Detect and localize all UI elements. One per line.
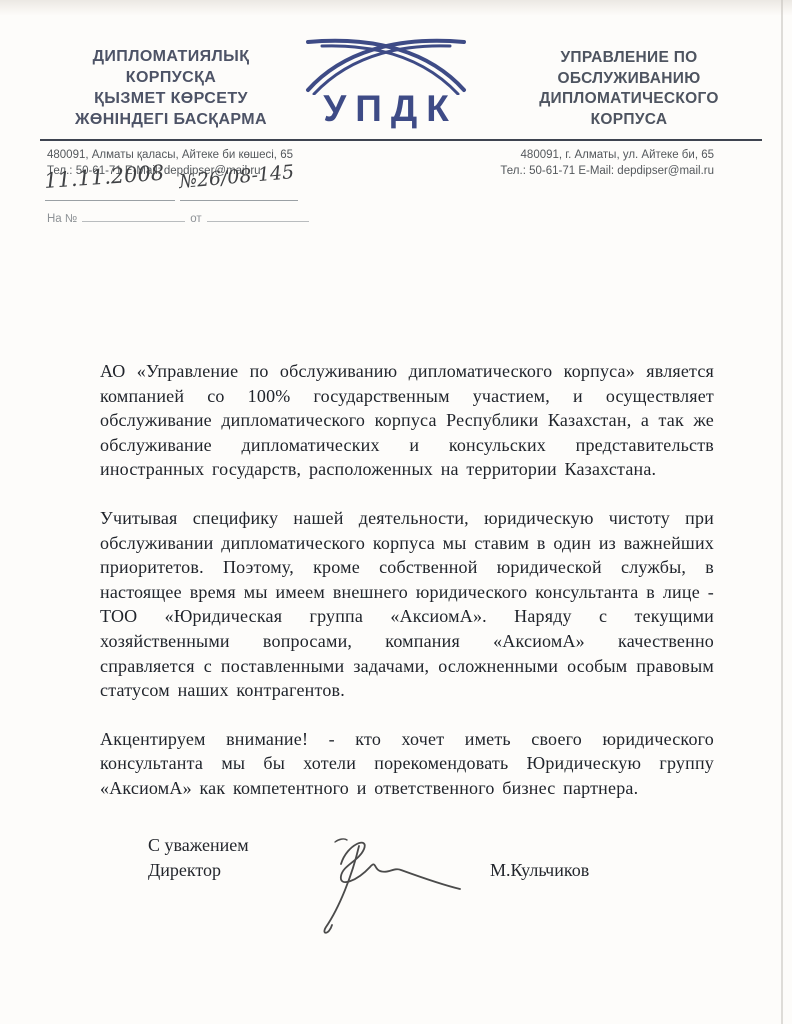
- letterhead-divider: [40, 139, 762, 141]
- signature-closing: С уважением: [148, 835, 249, 856]
- paragraph-recommendation: Акцентируем внимание! - кто хочет иметь …: [100, 727, 714, 801]
- outgoing-number-field: №26/08-145: [180, 169, 298, 201]
- address-line: 480091, Алматы қаласы, Айтеке би көшесі,…: [47, 147, 407, 163]
- scan-artifact-top: [0, 0, 792, 16]
- letterhead-kazakh-line: КОРПУСҚА: [57, 67, 285, 88]
- letter-body: АО «Управление по обслуживанию дипломати…: [100, 359, 714, 825]
- reply-reference-row: На №от: [47, 210, 314, 225]
- logo-wordmark: УПДК: [286, 90, 486, 128]
- crossed-arcs-icon: [286, 33, 486, 95]
- letter-page: ДИПЛОМАТИЯЛЫҚ КОРПУСҚА ҚЫЗМЕТ КӨРСЕТУ ЖӨ…: [0, 0, 792, 1024]
- reply-ot-label: от: [190, 213, 201, 225]
- letterhead-russian-line: ДИПЛОМАТИЧЕСКОГО: [498, 89, 760, 110]
- letterhead-russian-line: УПРАВЛЕНИЕ ПО: [498, 48, 760, 69]
- updk-logo: УПДК: [286, 33, 486, 128]
- reply-date-blank: [207, 210, 309, 222]
- reply-na-label: На №: [47, 213, 77, 225]
- address-russian: 480091, г. Алматы, ул. Айтеке би, 65 Тел…: [394, 147, 714, 179]
- letterhead-russian-line: КОРПУСА: [498, 110, 760, 131]
- signature-title: Директор: [148, 860, 221, 881]
- letterhead-kazakh-title: ДИПЛОМАТИЯЛЫҚ КОРПУСҚА ҚЫЗМЕТ КӨРСЕТУ ЖӨ…: [57, 46, 285, 130]
- address-line: 480091, г. Алматы, ул. Айтеке би, 65: [394, 147, 714, 163]
- address-line: Тел.: 50-61-71 E-Mail: depdipser@mail.ru: [394, 163, 714, 179]
- letterhead-kazakh-line: ҚЫЗМЕТ КӨРСЕТУ: [57, 88, 285, 109]
- outgoing-date-field: 11.11.2008: [45, 169, 175, 201]
- letterhead-russian-line: ОБСЛУЖИВАНИЮ: [498, 69, 760, 90]
- signature-scribble-icon: [295, 832, 465, 942]
- letterhead-kazakh-line: ДИПЛОМАТИЯЛЫҚ: [57, 46, 285, 67]
- reply-number-blank: [82, 210, 185, 222]
- letterhead-kazakh-line: ЖӨНІНДЕГІ БАСҚАРМА: [57, 109, 285, 130]
- letterhead-russian-title: УПРАВЛЕНИЕ ПО ОБСЛУЖИВАНИЮ ДИПЛОМАТИЧЕСК…: [498, 48, 760, 130]
- scan-artifact-right-edge: [781, 0, 783, 1024]
- signature-name: М.Кульчиков: [490, 860, 589, 881]
- paragraph-legal-consultant: Учитывая специфику нашей деятельности, ю…: [100, 506, 714, 703]
- paragraph-company-intro: АО «Управление по обслуживанию дипломати…: [100, 359, 714, 482]
